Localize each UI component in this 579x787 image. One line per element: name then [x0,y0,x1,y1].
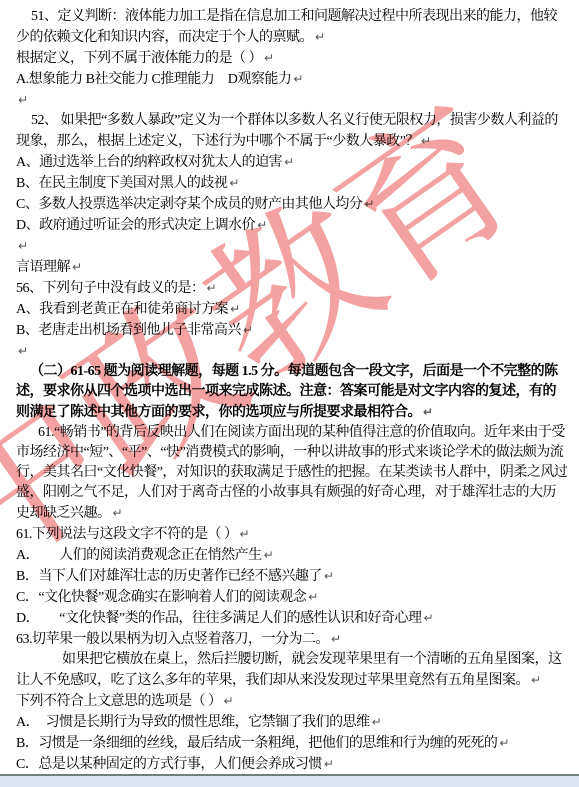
paragraph: B．习惯是一条细细的丝线，最后结成一条粗绳，把他们的思维和行为缠的死死的↵ [16,733,569,754]
paragraph-text: 61.下列说法与这段文字不符的是（ ） [16,527,238,542]
paragraph-return-mark-icon: ↵ [227,176,239,190]
paragraph-return-mark-icon: ↵ [421,405,433,419]
paragraph-return-mark-icon: ↵ [262,548,274,562]
paragraph-return-mark-icon: ↵ [282,155,294,169]
paragraph: A、我看到老黄正在和徒弟商讨方案↵ [16,299,569,320]
paragraph: D． “文化快餐”类的作品，往往多满足人们的感性认识和好奇心理↵ [16,608,569,629]
paragraph-return-mark-icon: ↵ [419,134,431,148]
paragraph-return-mark-icon: ↵ [291,72,303,86]
paragraph-return-mark-icon: ↵ [16,93,28,107]
paragraph: B、老唐走出机场看到他儿子非常高兴↵ [16,320,569,341]
paragraph-return-mark-icon: ↵ [322,569,334,583]
paragraph-return-mark-icon: ↵ [370,715,382,729]
paragraph: D、政府通过听证会的形式决定上调水价↵ [16,215,569,236]
paragraph-return-mark-icon: ↵ [362,197,374,211]
paragraph-text: D、政府通过听证会的形式决定上调水价 [16,218,255,233]
paragraph-text: C、多数人投票选举决定剥夺某个成员的财产由其他人均分 [16,197,362,212]
paragraph: ↵ [16,90,569,111]
paragraph-return-mark-icon: ↵ [529,673,541,687]
paragraph-text: C．“文化快餐”观念确实在影响着人们的阅读观念 [16,590,306,605]
paragraph-return-mark-icon: ↵ [255,218,267,232]
paragraph-return-mark-icon: ↵ [306,590,318,604]
paragraph-text: B、老唐走出机场看到他儿子非常高兴 [16,323,241,338]
paragraph-text: A． 人们的阅读消费观念正在悄然产生 [16,548,262,563]
paragraph-return-mark-icon: ↵ [205,281,217,295]
paragraph-text: A、通过选举上台的纳粹政权对犹太人的迫害 [16,155,282,170]
paragraph: 56、下列句子中没有歧义的是：↵ [16,278,569,299]
paragraph: 言语理解↵ [16,257,569,278]
paragraph-text: D． “文化快餐”类的作品，往往多满足人们的感性认识和好奇心理 [16,611,422,626]
paragraph: 下列不符合上文意思的选项是（ ）↵ [16,691,569,712]
paragraph: 61.“畅销书”的背后反映出人们在阅读方面出现的某种值得注意的价值取向。近年来由… [16,423,569,524]
paragraph-text: 根据定义，下列不属于液体能力的是（ ） [16,51,262,66]
paragraph: A． 习惯是长期行为导致的惯性思维，它禁锢了我们的思维↵ [16,712,569,733]
paragraph-text: B、在民主制度下美国对黑人的歧视 [16,176,227,191]
paragraph-return-mark-icon: ↵ [238,527,250,541]
paragraph-return-mark-icon: ↵ [222,694,234,708]
paragraph: ↵ [16,341,569,362]
paragraph: A． 人们的阅读消费观念正在悄然产生↵ [16,545,569,566]
paragraph: （二）61-65 题为阅读理解题，每题 1.5 分。每道题包含一段文字，后面是一… [16,362,569,423]
paragraph-text: A.想象能力 B社交能力 C推理能力 D观察能力 [16,72,291,87]
paragraph-return-mark-icon: ↵ [262,51,274,65]
paragraph: A、通过选举上台的纳粹政权对犹太人的迫害↵ [16,152,569,173]
paragraph: B．当下人们对雄浑壮志的历史著作已经不感兴趣了↵ [16,566,569,587]
paragraph: A.想象能力 B社交能力 C推理能力 D观察能力↵ [16,69,569,90]
paragraph: B、在民主制度下美国对黑人的歧视↵ [16,173,569,194]
paragraph-text: B．当下人们对雄浑壮志的历史著作已经不感兴趣了 [16,569,322,584]
paragraph: C．“文化快餐”观念确实在影响着人们的阅读观念↵ [16,587,569,608]
paragraph: 52、 如果把“多数人暴政”定义为一个群体以多数人名义行使无限权力，损害少数人利… [16,111,569,152]
paragraph-text: 如果把它横放在桌上，然后拦腰切断，就会发现苹果里有一个清晰的五角星图案，这让人不… [16,652,562,688]
paragraph-return-mark-icon: ↵ [497,736,509,750]
paragraph-text: 52、 如果把“多数人暴政”定义为一个群体以多数人名义行使无限权力，损害少数人利… [16,113,558,149]
paragraph-return-mark-icon: ↵ [16,344,28,358]
paragraph: 根据定义，下列不属于液体能力的是（ ）↵ [16,48,569,69]
paragraph: 如果把它横放在桌上，然后拦腰切断，就会发现苹果里有一个清晰的五角星图案，这让人不… [16,650,569,691]
paragraph-text: A． 习惯是长期行为导致的惯性思维，它禁锢了我们的思维 [16,715,370,730]
paragraph-return-mark-icon: ↵ [422,611,434,625]
paragraph-return-mark-icon: ↵ [329,632,341,646]
document-page: 51、定义判断：液体能力加工是指在信息加工和问题解决过程中所表现出来的能力，他较… [0,0,579,787]
paragraph-text: 56、下列句子中没有歧义的是： [16,281,205,296]
paragraph-text: （二）61-65 题为阅读理解题，每题 1.5 分。每道题包含一段文字，后面是一… [16,364,558,420]
paragraph: 63.切苹果一般以果柄为切入点竖着落刀，一分为二。↵ [16,629,569,650]
paragraph-return-mark-icon: ↵ [228,302,240,316]
paragraph-text: 下列不符合上文意思的选项是（ ） [16,694,222,709]
bottom-bar [0,776,579,787]
paragraph-text: 51、定义判断：液体能力加工是指在信息加工和问题解决过程中所表现出来的能力，他较… [16,9,557,45]
paragraph-text: 言语理解 [16,260,70,275]
paragraph-return-mark-icon: ↵ [322,757,334,771]
paragraph-return-mark-icon: ↵ [16,239,28,253]
paragraph: 61.下列说法与这段文字不符的是（ ）↵ [16,524,569,545]
paragraph-text: A、我看到老黄正在和徒弟商讨方案 [16,302,228,317]
paragraph-text: B．习惯是一条细细的丝线，最后结成一条粗绳，把他们的思维和行为缠的死死的 [16,736,497,751]
paragraph-return-mark-icon: ↵ [313,30,325,44]
paragraph-text: 61.“畅销书”的背后反映出人们在阅读方面出现的某种值得注意的价值取向。近年来由… [16,425,567,521]
paragraph-text: C．总是以某种固定的方式行事，人们便会养成习惯 [16,757,322,772]
paragraph: C．总是以某种固定的方式行事，人们便会养成习惯↵ [16,754,569,775]
paragraph-return-mark-icon: ↵ [111,506,123,520]
paragraph-return-mark-icon: ↵ [241,323,253,337]
document-body: 51、定义判断：液体能力加工是指在信息加工和问题解决过程中所表现出来的能力，他较… [16,7,569,775]
paragraph: ↵ [16,236,569,257]
paragraph-text: 63.切苹果一般以果柄为切入点竖着落刀，一分为二。 [16,632,329,647]
paragraph: C、多数人投票选举决定剥夺某个成员的财产由其他人均分↵ [16,194,569,215]
paragraph-return-mark-icon: ↵ [70,260,82,274]
paragraph: 51、定义判断：液体能力加工是指在信息加工和问题解决过程中所表现出来的能力，他较… [16,7,569,48]
